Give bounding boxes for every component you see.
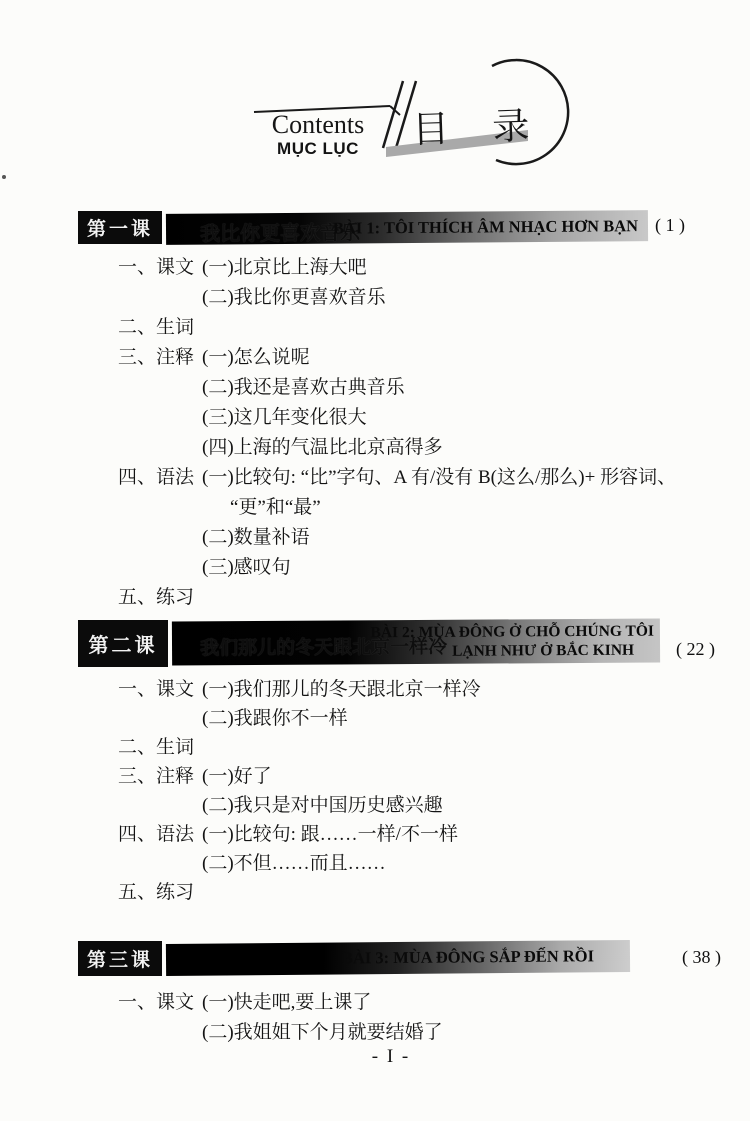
section-label: 五、练习 — [118, 583, 202, 613]
lesson-2-toc: 一、课文(一)我们那儿的冬天跟北京一样冷 (二)我跟你不一样 二、生词 三、注释… — [0, 675, 750, 907]
toc-row: 三、注释(一)怎么说呢 — [0, 343, 750, 373]
lesson-3-banner: BÀI 3: MÙA ĐÔNG SẮP ĐẾN RỒI — [166, 940, 630, 976]
section-label — [118, 433, 202, 463]
lesson-3-toc: 一、课文(一)快走吧,要上课了 (二)我姐姐下个月就要结婚了 — [0, 988, 750, 1048]
section-label: 一、课文 — [118, 675, 202, 704]
toc-row: 三、注释(一)好了 — [0, 762, 750, 791]
toc-row: 四、语法(一)比较句: 跟……一样/不一样 — [0, 820, 750, 849]
lesson-3-banner-vietnamese: BÀI 3: MÙA ĐÔNG SẮP ĐẾN RỒI — [342, 946, 594, 968]
section-label — [118, 373, 202, 403]
toc-row: (四)上海的气温比北京高得多 — [0, 433, 750, 463]
lesson-1-toc: 一、课文(一)北京比上海大吧 (二)我比你更喜欢音乐 二、生词 三、注释(一)怎… — [0, 253, 750, 613]
section-label — [118, 791, 202, 820]
section-label: 四、语法 — [118, 820, 202, 849]
page-number-footer: - I - — [16, 1046, 750, 1068]
lesson-3-page-number: ( 38 ) — [682, 947, 721, 968]
section-label: 三、注释 — [118, 343, 202, 373]
subsection-text: (一)我们那儿的冬天跟北京一样冷 — [202, 675, 481, 704]
subsection-text: (一)比较句: 跟……一样/不一样 — [202, 820, 458, 849]
toc-row: (三)这几年变化很大 — [0, 403, 750, 433]
section-label — [118, 493, 202, 523]
subsection-text: (一)快走吧,要上课了 — [202, 988, 371, 1018]
lesson-1-section: 第一课 我比你更喜欢音乐 BÀI 1: TÔI THÍCH ÂM NHẠC HƠ… — [0, 209, 750, 617]
subsection-text: (二)我还是喜欢古典音乐 — [202, 373, 405, 403]
toc-row: (三)感叹句 — [0, 553, 750, 583]
section-label — [118, 704, 202, 733]
subsection-text: (二)我比你更喜欢音乐 — [202, 283, 386, 313]
toc-row: (二)我姐姐下个月就要结婚了 — [0, 1018, 750, 1048]
subsection-text: “更”和“最” — [202, 493, 321, 523]
contents-title: Contents — [256, 110, 380, 140]
subsection-text: (三)感叹句 — [202, 553, 291, 583]
subsection-text: (二)数量补语 — [202, 523, 310, 553]
lesson-2-tab: 第二课 — [78, 620, 168, 667]
toc-row: 一、课文(一)快走吧,要上课了 — [0, 988, 750, 1018]
subsection-text: (一)比较句: “比”字句、A 有/没有 B(这么/那么)+ 形容词、 — [202, 463, 676, 493]
toc-row: (二)我还是喜欢古典音乐 — [0, 373, 750, 403]
subsection-text: (三)这几年变化很大 — [202, 403, 367, 433]
lesson-3-section: 第三课 BÀI 3: MÙA ĐÔNG SẮP ĐẾN RỒI ( 38 ) 一… — [0, 938, 750, 1048]
mulu-chinese-title: 目 录 — [411, 95, 547, 154]
section-label — [118, 403, 202, 433]
subsection-text: (二)我跟你不一样 — [202, 704, 348, 733]
section-label — [118, 523, 202, 553]
section-label — [118, 849, 202, 878]
lesson-1-banner-vietnamese: BÀI 1: TÔI THÍCH ÂM NHẠC HƠN BẠN — [333, 216, 638, 238]
subsection-text: (一)好了 — [202, 762, 272, 791]
section-label — [118, 553, 202, 583]
section-label — [118, 1018, 202, 1048]
section-label: 三、注释 — [118, 762, 202, 791]
lesson-2-page-number: ( 22 ) — [676, 639, 715, 660]
section-label: 四、语法 — [118, 463, 202, 493]
toc-row: (二)不但……而且…… — [0, 849, 750, 878]
subsection-text: (四)上海的气温比北京高得多 — [202, 433, 443, 463]
toc-row: (二)我跟你不一样 — [0, 704, 750, 733]
lesson-2-banner: 我们那儿的冬天跟北京一样冷 BÀI 2: MÙA ĐÔNG Ở CHỖ CHÚN… — [172, 619, 660, 666]
toc-row: 四、语法(一)比较句: “比”字句、A 有/没有 B(这么/那么)+ 形容词、 — [0, 463, 750, 493]
section-label: 二、生词 — [118, 733, 202, 762]
toc-row: 二、生词 — [0, 313, 750, 343]
toc-row: 一、课文(一)北京比上海大吧 — [0, 253, 750, 283]
toc-row: (二)我只是对中国历史感兴趣 — [0, 791, 750, 820]
lesson-2-section: 第二课 我们那儿的冬天跟北京一样冷 BÀI 2: MÙA ĐÔNG Ở CHỖ … — [0, 617, 750, 917]
section-label: 一、课文 — [118, 253, 202, 283]
toc-row: 一、课文(一)我们那儿的冬天跟北京一样冷 — [0, 675, 750, 704]
toc-row: 五、练习 — [0, 583, 750, 613]
toc-row: “更”和“最” — [0, 493, 750, 523]
toc-row: 二、生词 — [0, 733, 750, 762]
subsection-text: (二)不但……而且…… — [202, 849, 386, 878]
section-label: 一、课文 — [118, 988, 202, 1018]
lesson-1-banner: 我比你更喜欢音乐 BÀI 1: TÔI THÍCH ÂM NHẠC HƠN BẠ… — [166, 210, 648, 245]
lesson-2-banner-vietnamese: BÀI 2: MÙA ĐÔNG Ở CHỖ CHÚNG TÔILẠNH NHƯ … — [370, 622, 654, 662]
subsection-text: (一)北京比上海大吧 — [202, 253, 367, 283]
section-label: 五、练习 — [118, 878, 202, 907]
muc-luc-title: MỤC LỤC — [256, 139, 380, 159]
subsection-text: (二)我姐姐下个月就要结婚了 — [202, 1018, 443, 1048]
toc-row: (二)我比你更喜欢音乐 — [0, 283, 750, 313]
subsection-text: (一)怎么说呢 — [202, 343, 310, 373]
lesson-3-tab: 第三课 — [78, 941, 162, 976]
scan-speck — [2, 175, 6, 179]
toc-row: 五、练习 — [0, 878, 750, 907]
toc-row: (二)数量补语 — [0, 523, 750, 553]
section-label: 二、生词 — [118, 313, 202, 343]
subsection-text: (二)我只是对中国历史感兴趣 — [202, 791, 443, 820]
section-label — [118, 283, 202, 313]
lesson-1-tab: 第一课 — [78, 211, 162, 244]
lesson-1-page-number: ( 1 ) — [655, 215, 685, 236]
